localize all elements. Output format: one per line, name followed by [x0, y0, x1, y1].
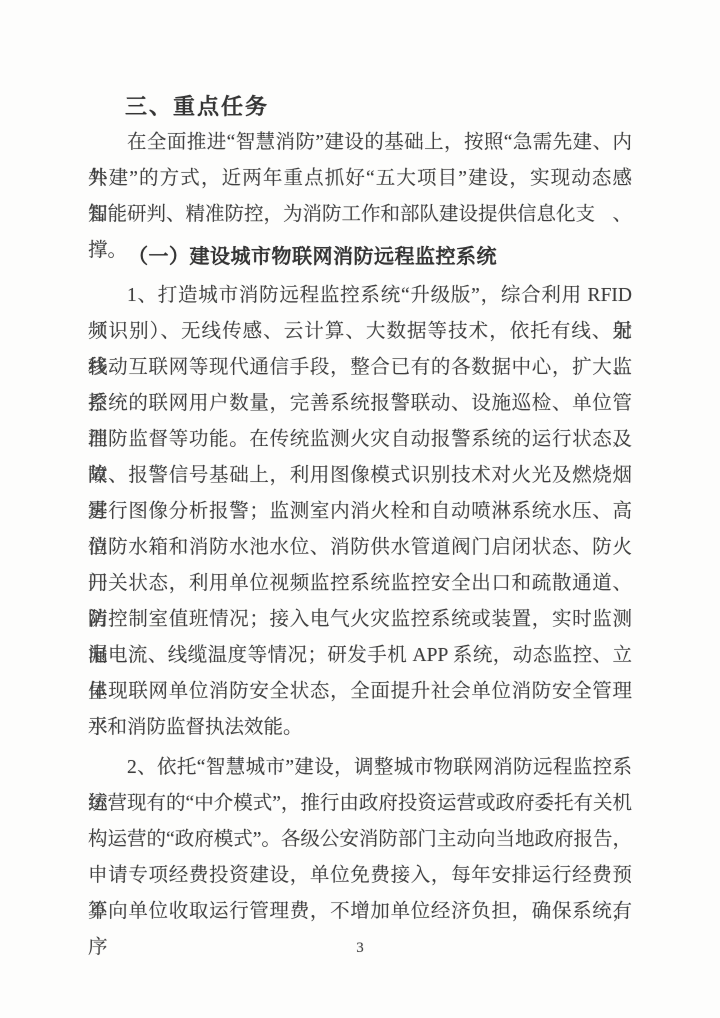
text-line: 防控制室值班情况；接入电气火灾监控系统或装置，实时监测漏: [88, 602, 632, 638]
text-line: 共建”的方式，近两年重点抓好“五大项目”建设，实现动态感知、: [88, 161, 632, 197]
page-number: 3: [0, 938, 720, 958]
text-line: 不向单位收取运行管理费，不增加单位经济负担，确保系统有序: [88, 894, 632, 930]
text-line: 障、报警信号基础上，利用图像模式识别技术对火光及燃烧烟雾: [88, 458, 632, 494]
intro-paragraph: 在全面推进“智慧消防”建设的基础上，按照“急需先建、内外共建”的方式，近两年重点…: [88, 125, 632, 233]
text-line: 电电流、线缆温度等情况；研发手机 APP 系统，动态监控、立体: [88, 638, 632, 674]
text-line: 系统的联网用户数量，完善系统报警联动、设施巡检、单位管理、: [88, 386, 632, 422]
section-heading: 三、重点任务: [88, 92, 632, 122]
text-line: 消防水箱和消防水池水位、消防供水管道阀门启闭状态、防火门: [88, 530, 632, 566]
text-line: （一）建设城市物联网消防远程监控系统: [88, 239, 632, 275]
text-line: 1、打造城市消防远程监控系统“升级版”，综合利用 RFID（射: [88, 278, 632, 314]
item-1-paragraph: 1、打造城市消防远程监控系统“升级版”，综合利用 RFID（射频识别）、无线传感…: [88, 278, 632, 746]
text-line: 构运营的“政府模式”。各级公安消防部门主动向当地政府报告，: [88, 822, 632, 858]
text-line: 平和消防监督执法效能。: [88, 710, 632, 746]
document-body: 三、重点任务在全面推进“智慧消防”建设的基础上，按照“急需先建、内外共建”的方式…: [88, 92, 632, 930]
subsection-heading: （一）建设城市物联网消防远程监控系统: [88, 239, 632, 275]
text-line: 2、依托“智慧城市”建设，调整城市物联网消防远程监控系统: [88, 750, 632, 786]
document-page: 三、重点任务在全面推进“智慧消防”建设的基础上，按照“急需先建、内外共建”的方式…: [0, 0, 720, 1018]
text-line: 开关状态，利用单位视频监控系统监控安全出口和疏散通道、消: [88, 566, 632, 602]
text-line: 在全面推进“智慧消防”建设的基础上，按照“急需先建、内外: [88, 125, 632, 161]
text-line: 移动互联网等现代通信手段，整合已有的各数据中心，扩大监控: [88, 350, 632, 386]
text-line: 智能研判、精准防控，为消防工作和部队建设提供信息化支撑。: [88, 197, 632, 233]
item-2-paragraph: 2、依托“智慧城市”建设，调整城市物联网消防远程监控系统运营现有的“中介模式”，…: [88, 750, 632, 930]
text-line: 消防监督等功能。在传统监测火灾自动报警系统的运行状态及故: [88, 422, 632, 458]
text-line: 申请专项经费投资建设，单位免费接入，每年安排运行经费预算，: [88, 858, 632, 894]
text-line: 频识别）、无线传感、云计算、大数据等技术，依托有线、无线、: [88, 314, 632, 350]
text-line: 进行图像分析报警；监测室内消火栓和自动喷淋系统水压、高位: [88, 494, 632, 530]
text-line: 三、重点任务: [88, 92, 632, 122]
text-line: 呈现联网单位消防安全状态，全面提升社会单位消防安全管理水: [88, 674, 632, 710]
text-line: 运营现有的“中介模式”，推行由政府投资运营或政府委托有关机: [88, 786, 632, 822]
